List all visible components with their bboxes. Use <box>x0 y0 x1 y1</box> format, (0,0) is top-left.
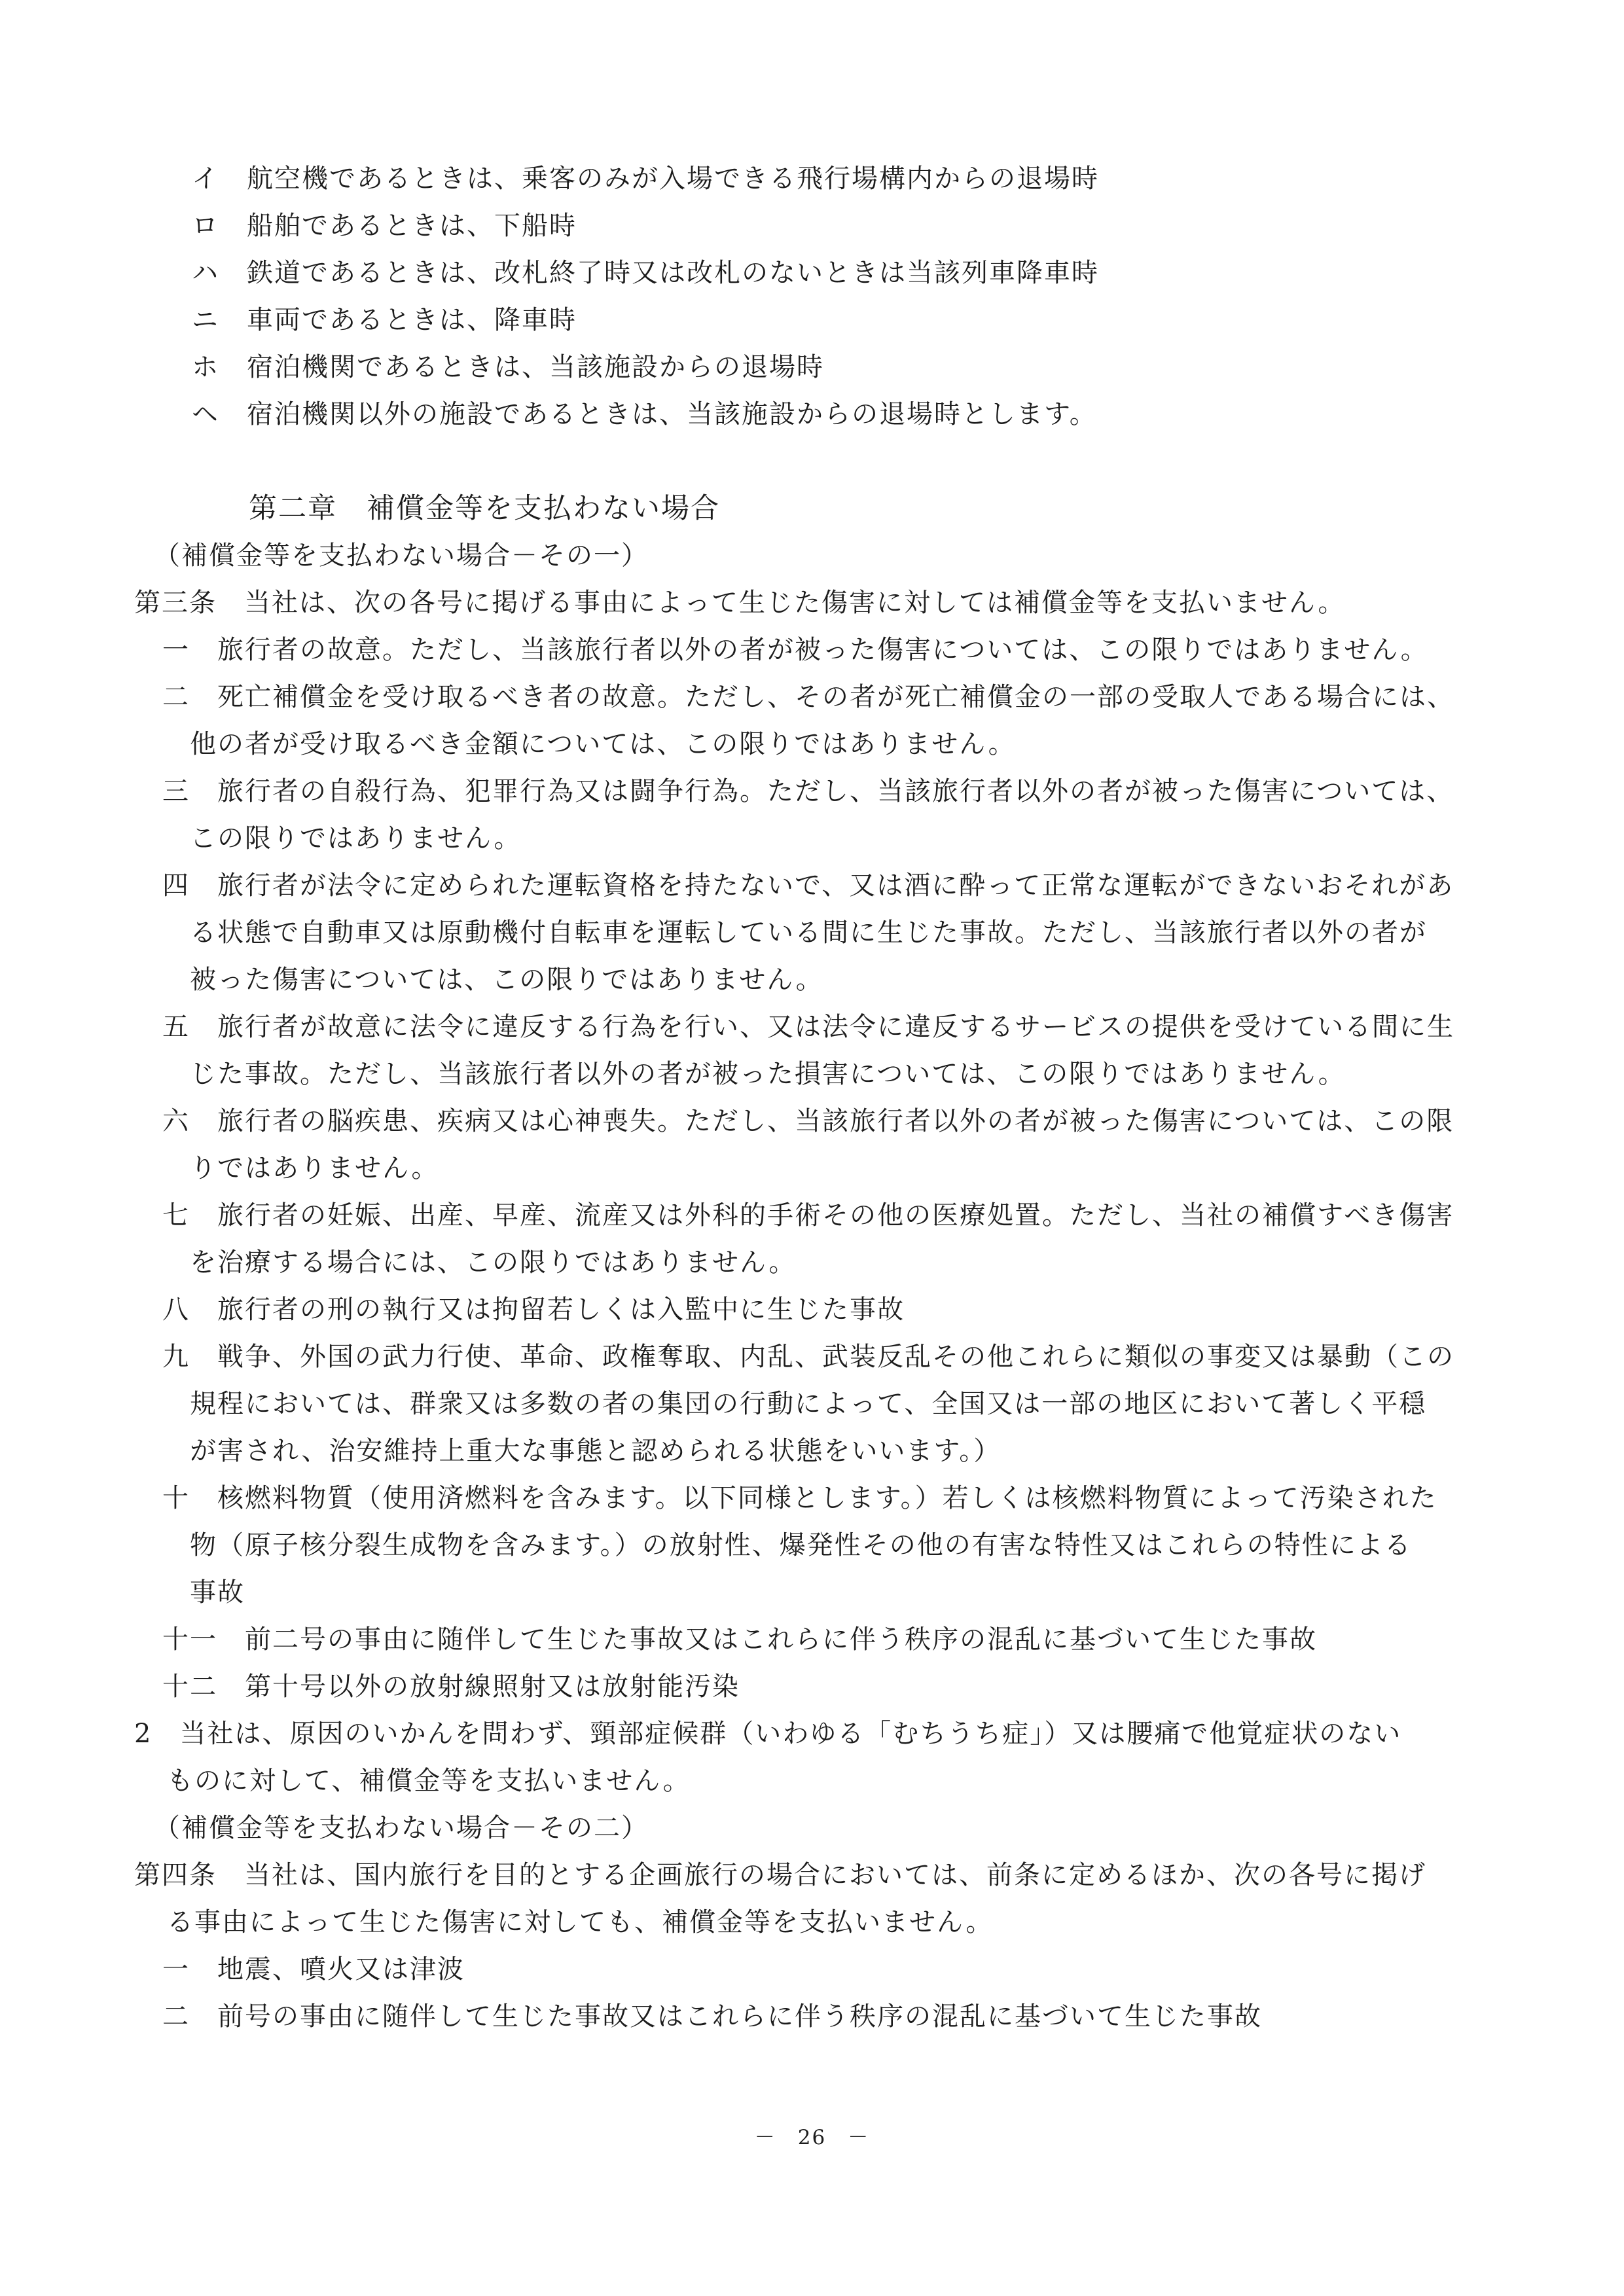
article4-item1: 一 地震、噴火又は津波 <box>134 1946 1454 1993</box>
article3-item3-line2: この限りではありません。 <box>134 815 1454 862</box>
article3-item11: 十一 前二号の事由に随伴して生じた事故又はこれらに伴う秩序の混乱に基づいて生じた… <box>134 1616 1454 1663</box>
article3-item8: 八 旅行者の刑の執行又は拘留若しくは入監中に生じた事故 <box>134 1286 1454 1333</box>
article3-item7-line1: 七 旅行者の妊娠、出産、早産、流産又は外科的手術その他の医療処置。ただし、当社の… <box>134 1192 1454 1239</box>
article3-item9-line3: が害され、治安維持上重大な事態と認められる状態をいいます。） <box>134 1427 1454 1475</box>
kana-item-ni: ニ 車両であるときは、降車時 <box>134 296 1454 344</box>
article3-item4-line3: 被った傷害については、この限りではありません。 <box>134 956 1454 1003</box>
article3-item7-line2: を治療する場合には、この限りではありません。 <box>134 1239 1454 1286</box>
article3-item12: 十二 第十号以外の放射線照射又は放射能汚染 <box>134 1663 1454 1710</box>
document-body: イ 航空機であるときは、乗客のみが入場できる飛行場構内からの退場時 ロ 船舶であ… <box>134 155 1454 2040</box>
kana-item-ro: ロ 船舶であるときは、下船時 <box>134 202 1454 249</box>
article3-caption: （補償金等を支払わない場合－その一） <box>134 532 1454 579</box>
article3-para2-line1: 2 当社は、原因のいかんを問わず、頸部症候群（いわゆる「むちうち症」）又は腰痛で… <box>134 1710 1454 1757</box>
chapter2-heading: 第二章 補償金等を支払わない場合 <box>134 485 1454 532</box>
article3-item5-line1: 五 旅行者が故意に法令に違反する行為を行い、又は法令に違反するサービスの提供を受… <box>134 1003 1454 1050</box>
document-page: イ 航空機であるときは、乗客のみが入場できる飛行場構内からの退場時 ロ 船舶であ… <box>0 0 1624 2296</box>
page-number: － 26 － <box>0 2125 1624 2151</box>
article4-opening-line1: 第四条 当社は、国内旅行を目的とする企画旅行の場合においては、前条に定めるほか、… <box>134 1852 1454 1899</box>
kana-item-ha: ハ 鉄道であるときは、改札終了時又は改札のないときは当該列車降車時 <box>134 249 1454 296</box>
article3-item6-line2: りではありません。 <box>134 1145 1454 1192</box>
article3-item10-line2: 物（原子核分裂生成物を含みます。）の放射性、爆発性その他の有害な特性又はこれらの… <box>134 1522 1454 1569</box>
article3-item3-line1: 三 旅行者の自殺行為、犯罪行為又は闘争行為。ただし、当該旅行者以外の者が被った傷… <box>134 768 1454 815</box>
article3-item6-line1: 六 旅行者の脳疾患、疾病又は心神喪失。ただし、当該旅行者以外の者が被った傷害につ… <box>134 1098 1454 1145</box>
kana-item-he: ヘ 宿泊機関以外の施設であるときは、当該施設からの退場時とします。 <box>134 391 1454 438</box>
kana-item-ho: ホ 宿泊機関であるときは、当該施設からの退場時 <box>134 344 1454 391</box>
article3-item10-line3: 事故 <box>134 1569 1454 1616</box>
article3-item10-line1: 十 核燃料物質（使用済燃料を含みます。以下同様とします。）若しくは核燃料物質によ… <box>134 1475 1454 1522</box>
article3-para2-line2: ものに対して、補償金等を支払いません。 <box>134 1757 1454 1804</box>
article4-opening-line2: る事由によって生じた傷害に対しても、補償金等を支払いません。 <box>134 1899 1454 1946</box>
article4-item2: 二 前号の事由に随伴して生じた事故又はこれらに伴う秩序の混乱に基づいて生じた事故 <box>134 1993 1454 2040</box>
article3-item2-line1: 二 死亡補償金を受け取るべき者の故意。ただし、その者が死亡補償金の一部の受取人で… <box>134 673 1454 721</box>
article3-item2-line2: 他の者が受け取るべき金額については、この限りではありません。 <box>134 721 1454 768</box>
article3-item4-line2: る状態で自動車又は原動機付自転車を運転している間に生じた事故。ただし、当該旅行者… <box>134 909 1454 956</box>
article3-opening: 第三条 当社は、次の各号に掲げる事由によって生じた傷害に対しては補償金等を支払い… <box>134 579 1454 626</box>
article3-item5-line2: じた事故。ただし、当該旅行者以外の者が被った損害については、この限りではありませ… <box>134 1050 1454 1098</box>
article4-caption: （補償金等を支払わない場合－その二） <box>134 1804 1454 1852</box>
blank-line <box>134 438 1454 485</box>
kana-item-i: イ 航空機であるときは、乗客のみが入場できる飛行場構内からの退場時 <box>134 155 1454 202</box>
article3-item9-line1: 九 戦争、外国の武力行使、革命、政権奪取、内乱、武装反乱その他これらに類似の事変… <box>134 1333 1454 1380</box>
article3-item1: 一 旅行者の故意。ただし、当該旅行者以外の者が被った傷害については、この限りでは… <box>134 626 1454 673</box>
article3-item4-line1: 四 旅行者が法令に定められた運転資格を持たないで、又は酒に酔って正常な運転ができ… <box>134 862 1454 909</box>
article3-item9-line2: 規程においては、群衆又は多数の者の集団の行動によって、全国又は一部の地区において… <box>134 1380 1454 1427</box>
